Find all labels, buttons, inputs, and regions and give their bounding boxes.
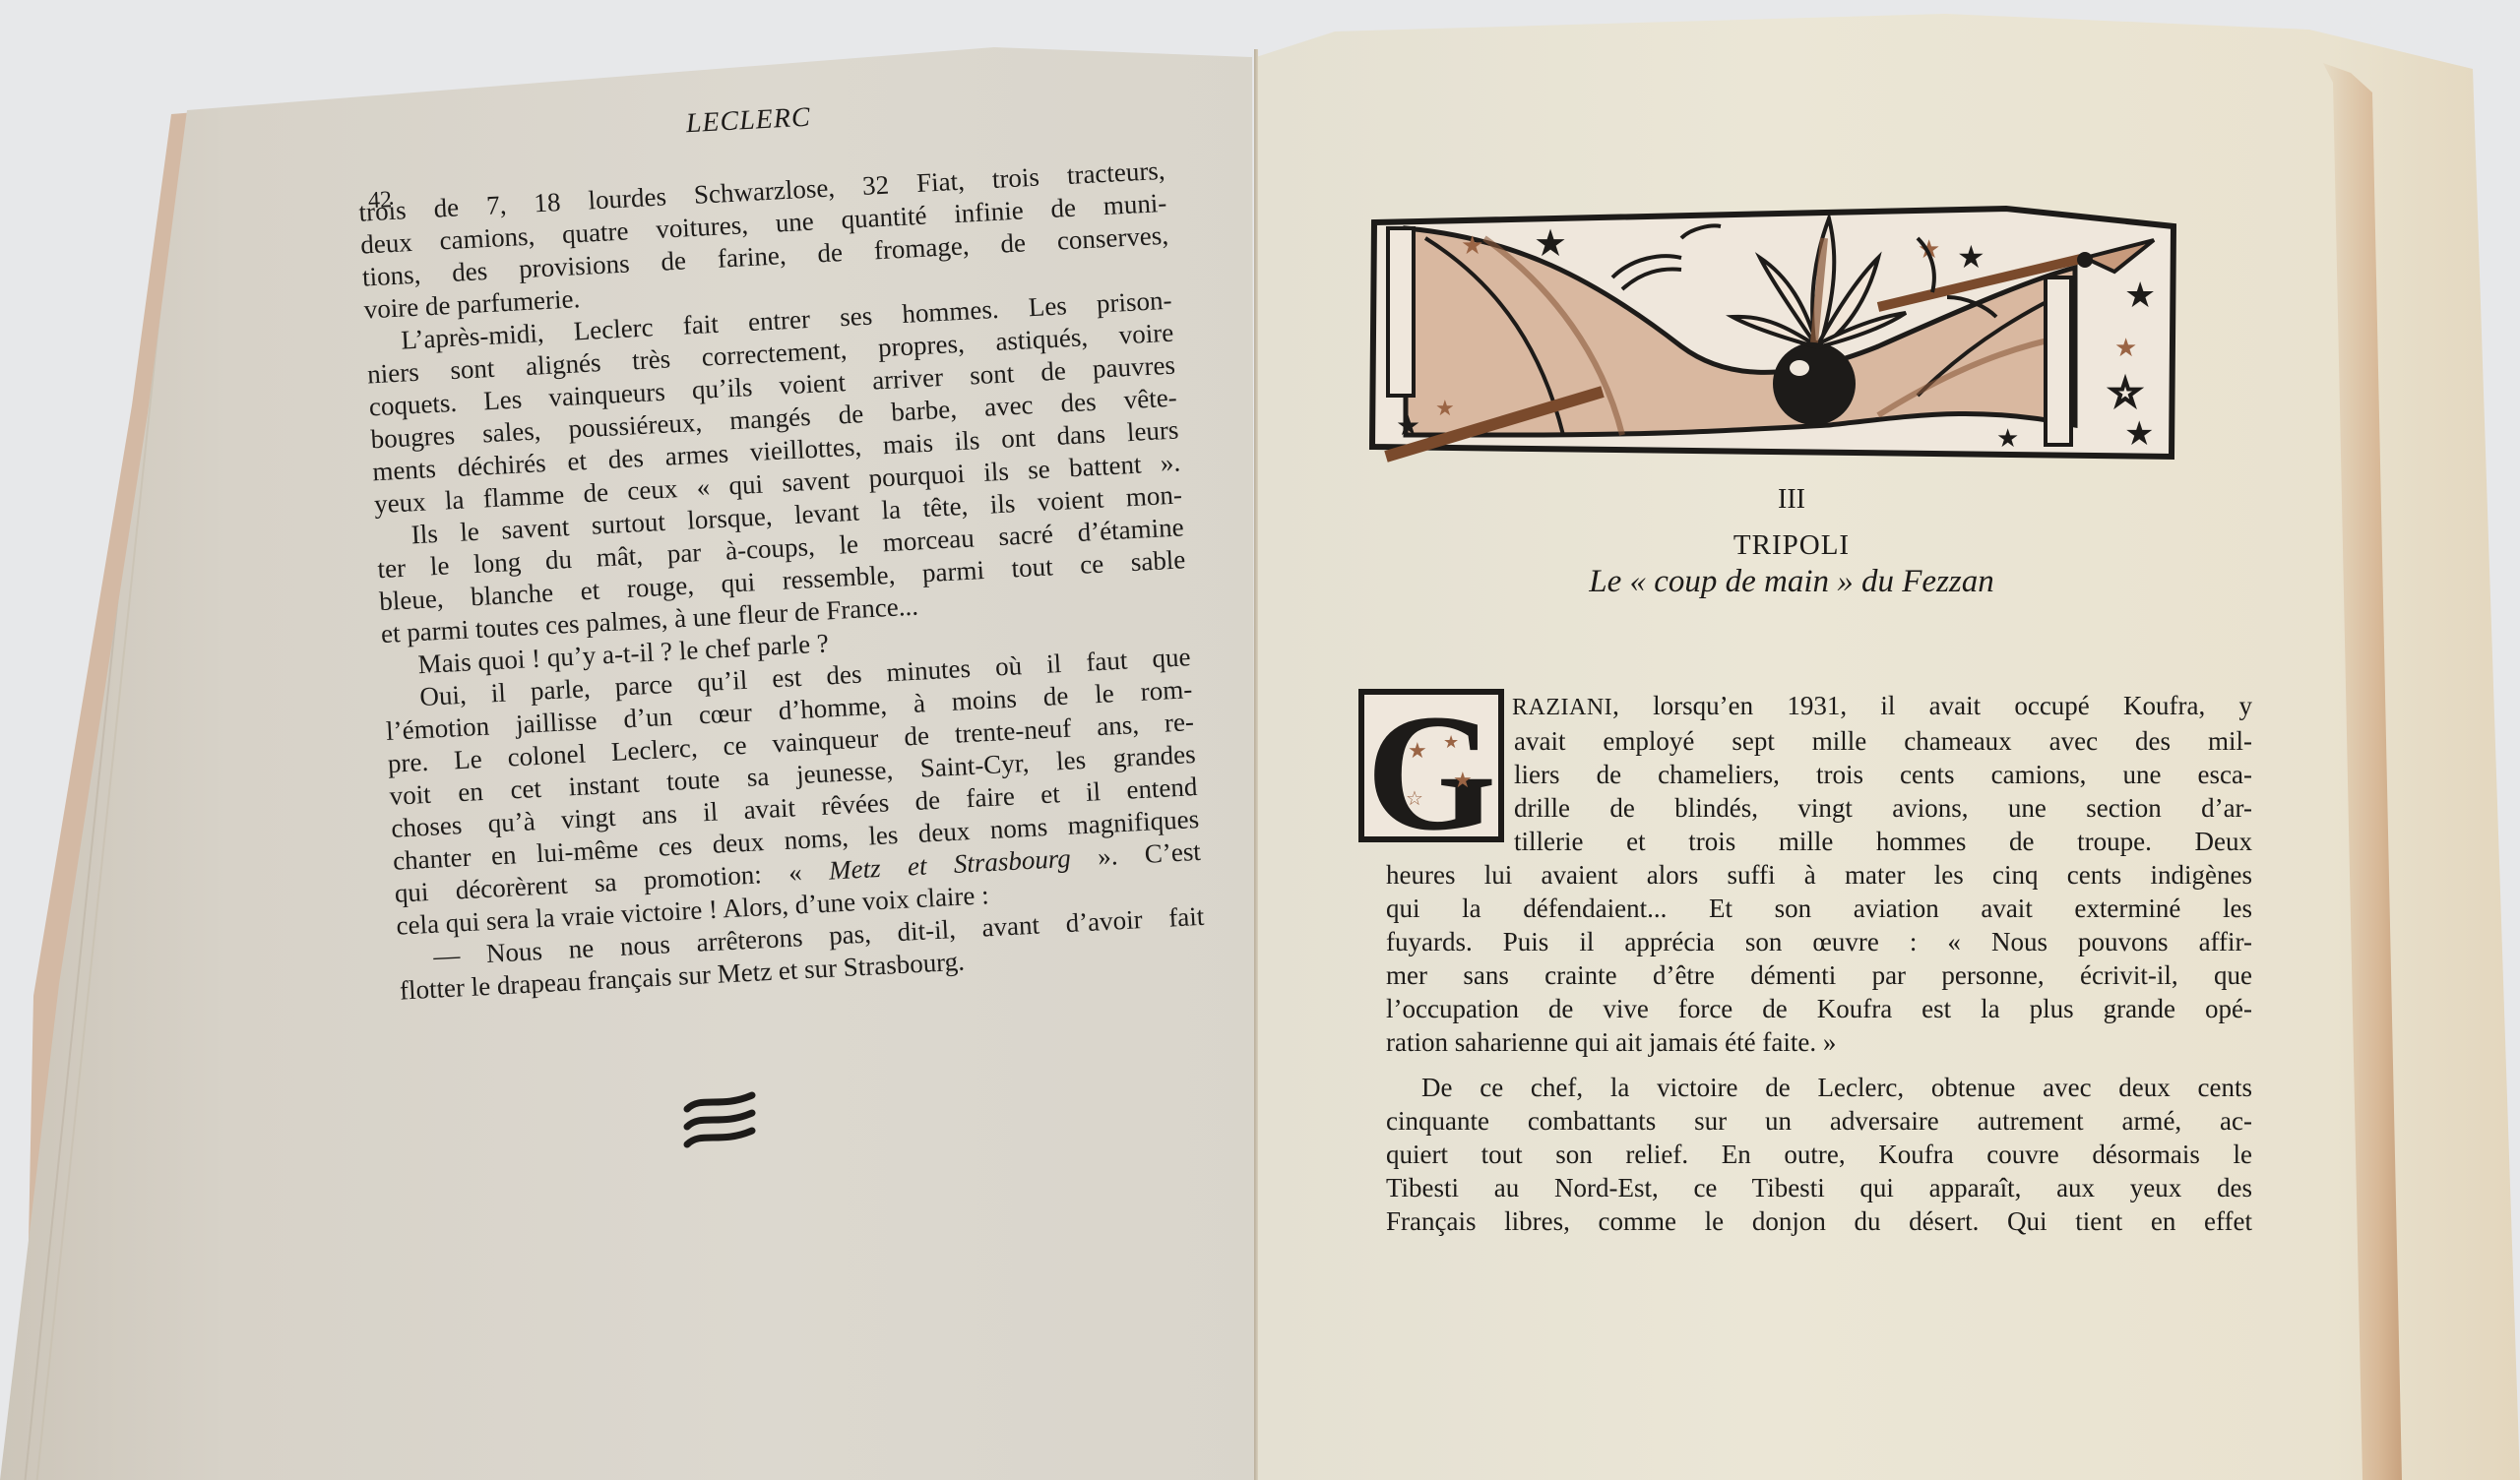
svg-text:☆: ☆: [1406, 788, 1423, 810]
svg-text:★: ★: [1396, 411, 1420, 442]
text-line: De ce chef, la victoire de Leclerc, obte…: [1386, 1071, 2252, 1104]
text-line: Tibesti au Nord-Est, ce Tibesti qui appa…: [1386, 1171, 2252, 1204]
dropcap-g-icon: G ★ ★ ★ ☆: [1358, 689, 1504, 842]
chapter-number: III: [1457, 484, 2126, 516]
text-line: drille de blindés, vingt avions, une sec…: [1386, 791, 2252, 825]
wave-ornament-icon: [681, 1087, 760, 1156]
svg-text:★: ★: [1443, 732, 1459, 752]
text-run: , lorsqu’en 1931, il avait occupé Koufra…: [1612, 691, 2252, 720]
svg-text:★: ★: [2124, 416, 2154, 453]
svg-text:★: ★: [1957, 239, 1985, 275]
svg-text:★: ★: [1534, 223, 1567, 265]
svg-text:★: ★: [1435, 396, 1455, 420]
open-book: LECLERC 42 trois de 7, 18 lourdes Schwar…: [0, 0, 2520, 1480]
text-line: heures lui avaient alors suffi à mater l…: [1386, 858, 2252, 892]
text-line: liers de chameliers, trois cents camions…: [1386, 758, 2252, 791]
svg-text:★: ★: [1996, 424, 2019, 453]
paragraph-gap: [1386, 1059, 2252, 1071]
text-line: mer sans crainte d’être démenti par pers…: [1386, 958, 2252, 992]
text-line: Français libres, comme le donjon du dése…: [1386, 1204, 2252, 1238]
right-page-text: G ★ ★ ★ ☆ RAZIANI, lorsqu’en 1931, il av…: [1386, 689, 2252, 1238]
page-number: 42: [367, 184, 393, 217]
text-line: l’occupation de vive force de Koufra est…: [1386, 992, 2252, 1025]
book-gutter: [1254, 49, 1258, 1480]
flag-grenade-vignette-icon: ★ ★ ★ ★ ★ ★ ★ ★ ★ ★ ☆: [1366, 199, 2185, 464]
svg-text:★: ★: [1408, 738, 1427, 763]
left-body-text: trois de 7, 18 lourdes Schwarzlose, 32 F…: [299, 154, 1207, 1011]
svg-text:★: ★: [1453, 768, 1473, 792]
svg-text:★: ★: [2124, 276, 2156, 315]
text-line: tillerie et trois mille hommes de troupe…: [1386, 825, 2252, 858]
svg-text:★: ★: [1461, 231, 1483, 260]
text-run: ». C’est: [1070, 836, 1202, 873]
chapter-heading: III TRIPOLI Le « coup de main » du Fezza…: [1457, 484, 2126, 600]
text-line: avait employé sept mille chameaux avec d…: [1386, 724, 2252, 758]
svg-text:G: G: [1366, 689, 1496, 842]
text-line: quiert tout son relief. En outre, Koufra…: [1386, 1138, 2252, 1171]
text-line: qui la défendaient... Et son aviation av…: [1386, 892, 2252, 925]
text-line: RAZIANI, lorsqu’en 1931, il avait occupé…: [1386, 689, 2252, 724]
smallcaps-run: RAZIANI: [1512, 695, 1612, 720]
left-page-text: LECLERC 42 trois de 7, 18 lourdes Schwar…: [295, 83, 1207, 1011]
svg-text:★: ★: [2114, 334, 2137, 362]
chapter-subtitle: Le « coup de main » du Fezzan: [1457, 564, 2126, 600]
text-line: cinquante combattants sur un adversaire …: [1386, 1104, 2252, 1138]
text-line: ration saharienne qui ait jamais été fai…: [1386, 1025, 2252, 1059]
chapter-title: TRIPOLI: [1457, 529, 2126, 562]
svg-text:☆: ☆: [2109, 373, 2142, 414]
text-line: fuyards. Puis il apprécia son œuvre : « …: [1386, 925, 2252, 958]
